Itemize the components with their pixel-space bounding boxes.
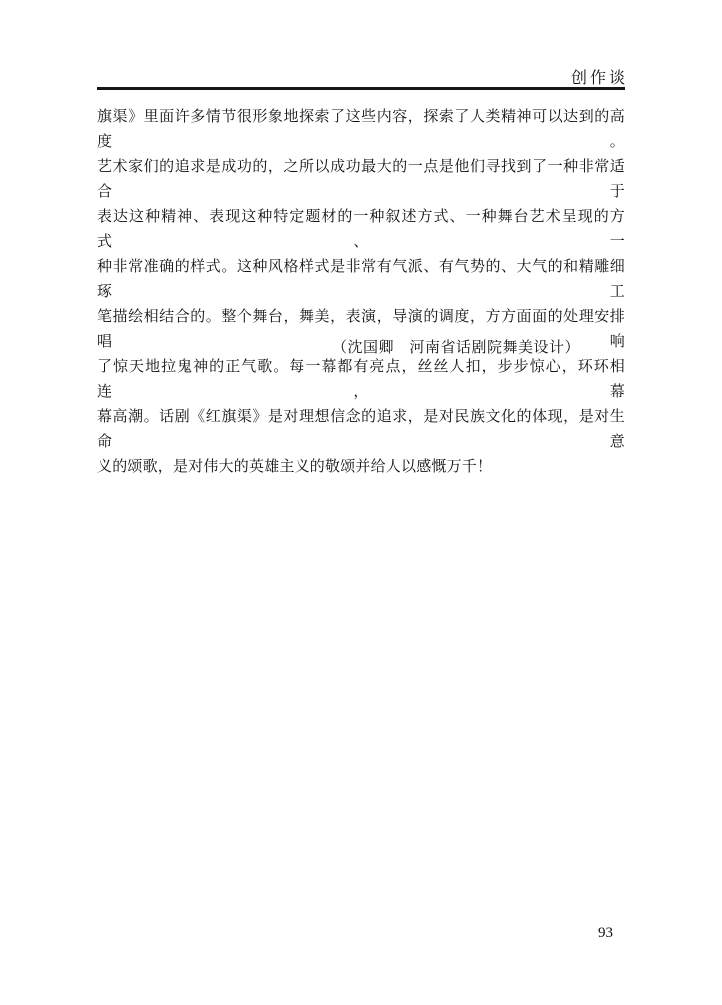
body-line: 幕高潮。话剧《红旗渠》是对理想信念的追求，是对民族文化的体现，是对生命意: [97, 405, 625, 455]
document-page: 创作谈 旗渠》里面许多情节很形象地探索了这些内容，探索了人类精神可以达到的高度。…: [0, 0, 722, 1005]
page-number: 93: [598, 925, 613, 942]
body-line: 了惊天地拉鬼神的正气歌。每一幕都有亮点，丝丝人扣，步步惊心，环环相连，幕: [97, 355, 625, 405]
author-attribution: （沈国卿 河南省话剧院舞美设计）: [332, 336, 580, 357]
running-header-title: 创作谈: [571, 65, 628, 88]
body-line: 种非常准确的样式。这种风格样式是非常有气派、有气势的、大气的和精雕细琢工: [97, 255, 625, 305]
body-line: 艺术家们的追求是成功的，之所以成功最大的一点是他们寻找到了一种非常适合于: [97, 155, 625, 205]
body-line: 义的颂歌，是对伟大的英雄主义的敬颂并给人以感慨万千！: [97, 455, 625, 480]
body-paragraph: 旗渠》里面许多情节很形象地探索了这些内容，探索了人类精神可以达到的高度。 艺术家…: [97, 105, 625, 480]
body-line: 表达这种精神、表现这种特定题材的一种叙述方式、一种舞台艺术呈现的方式、一: [97, 205, 625, 255]
body-line: 旗渠》里面许多情节很形象地探索了这些内容，探索了人类精神可以达到的高度。: [97, 105, 625, 155]
header-rule: [97, 87, 625, 90]
